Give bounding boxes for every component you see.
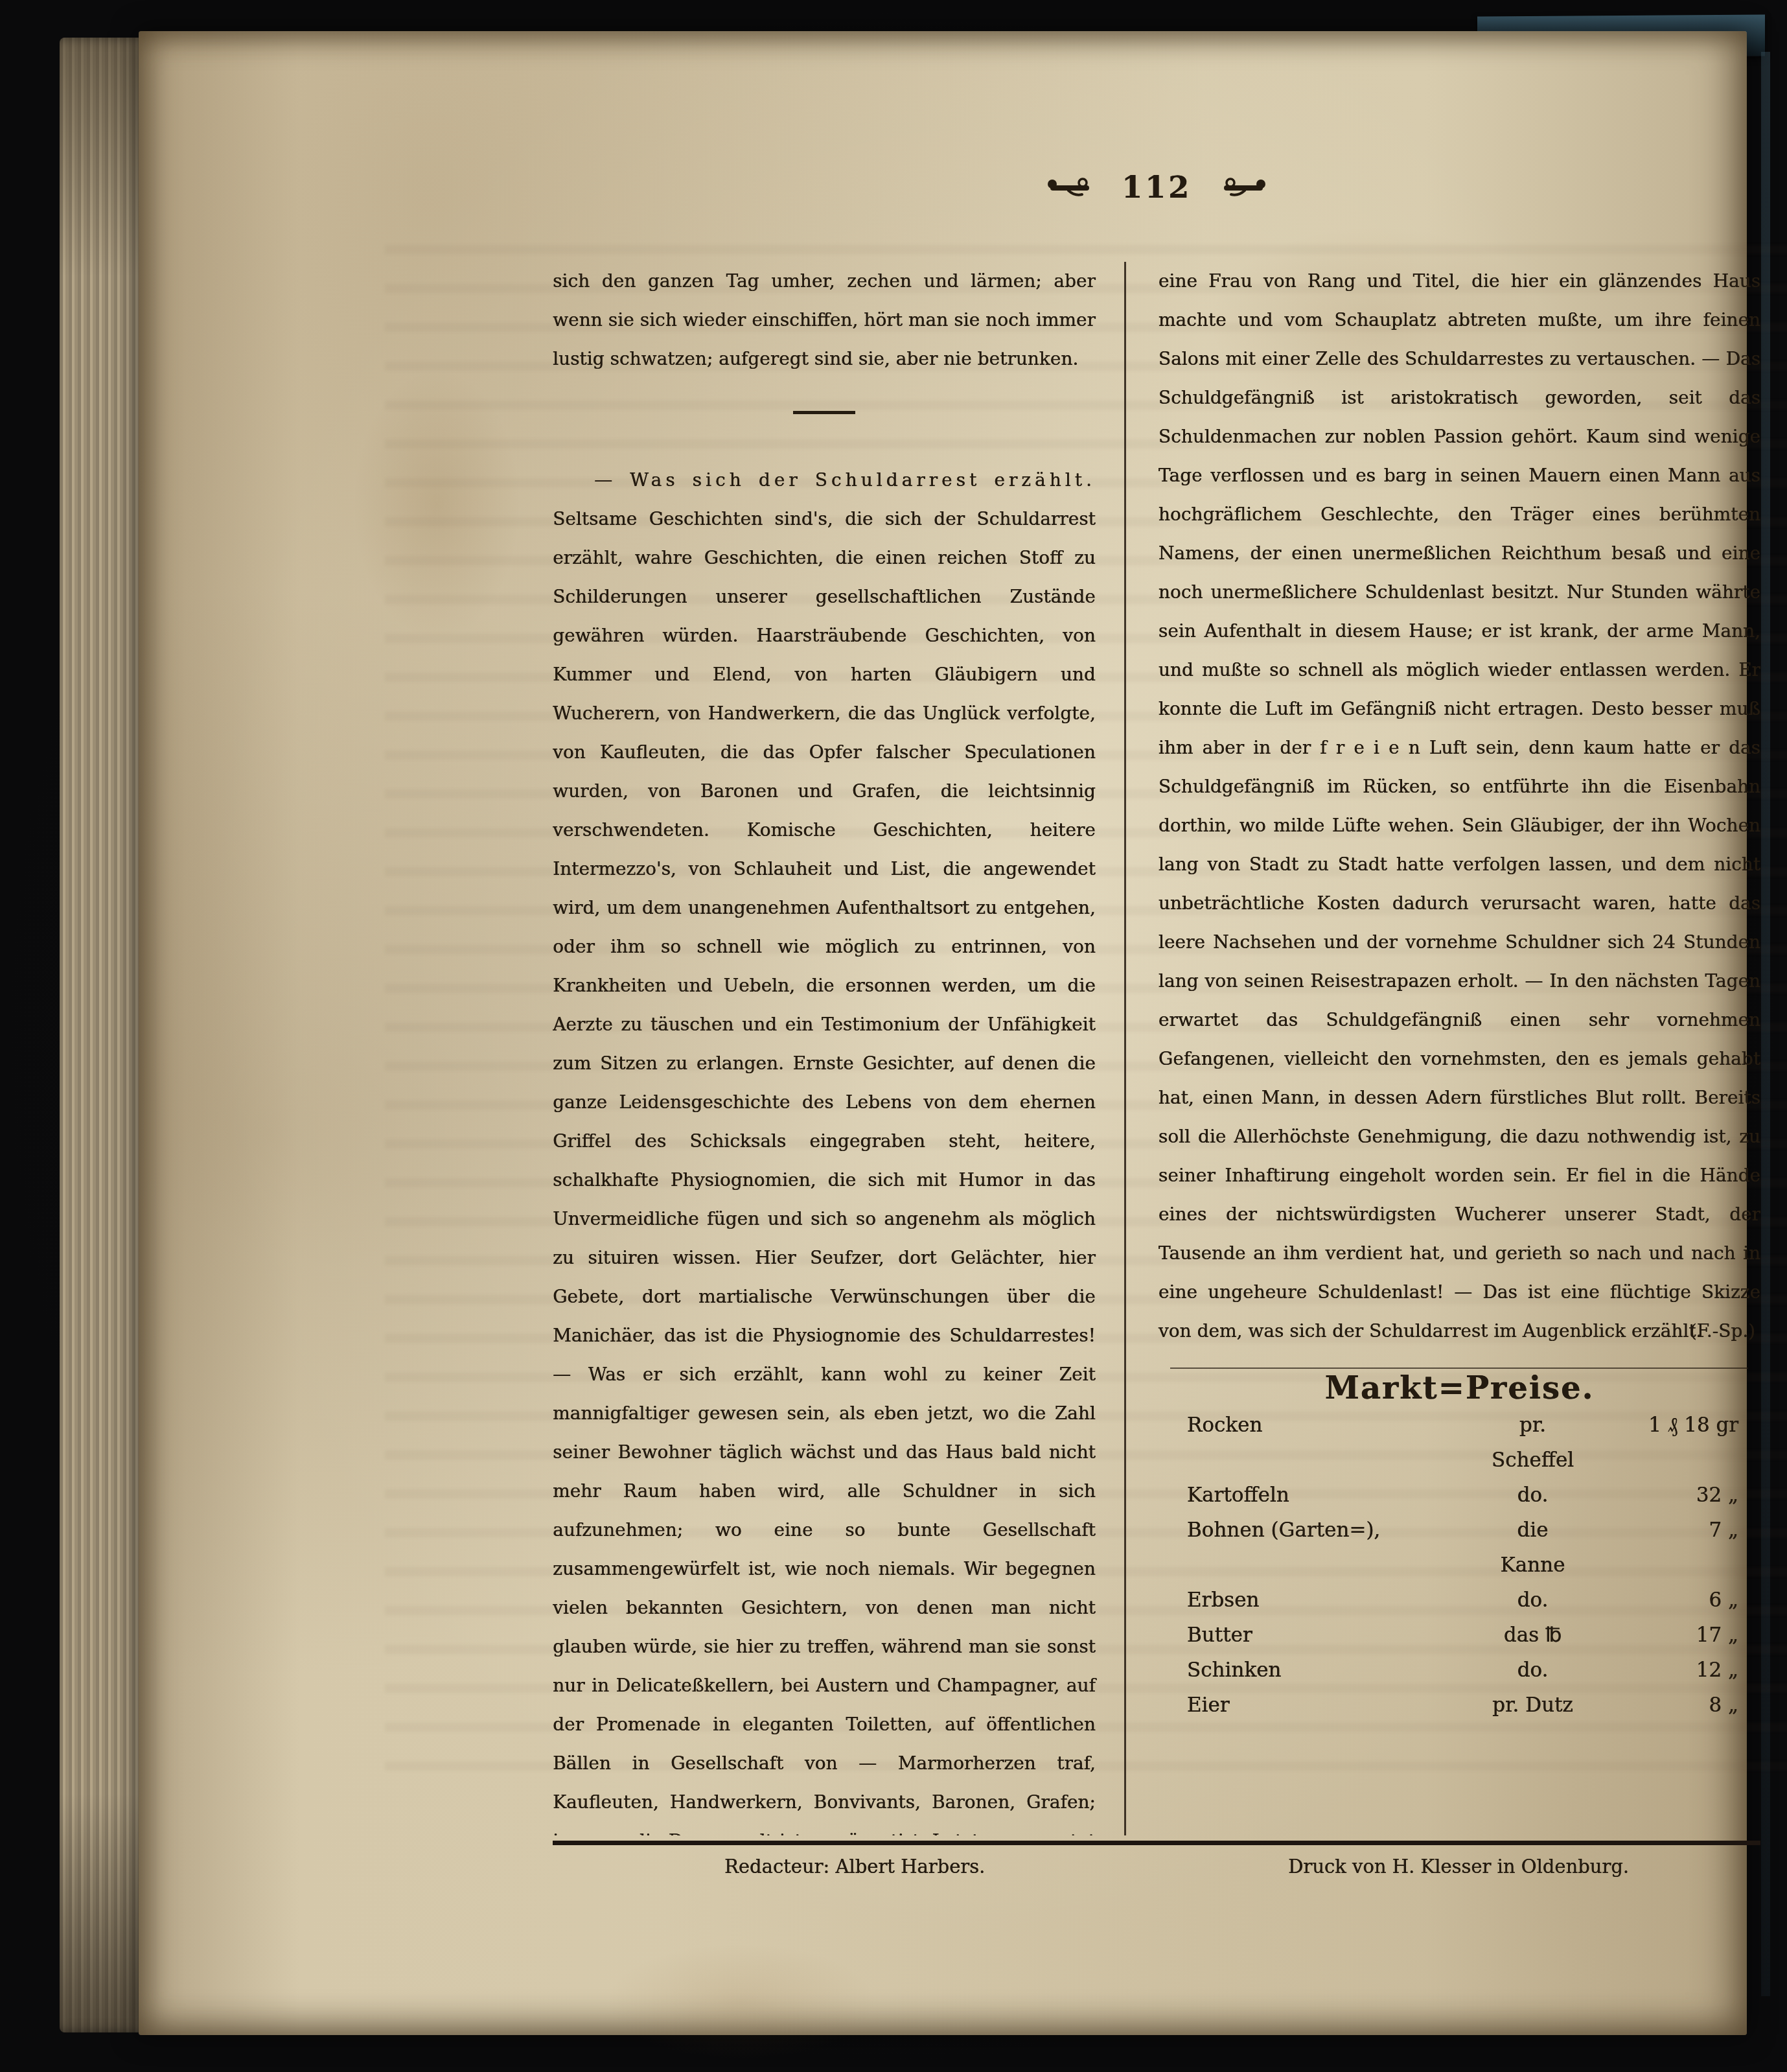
market-price: 17 „ [1574,1618,1742,1653]
market-prices-title: Markt=Preise. [1159,1369,1760,1408]
page-right-edge-shadow [1761,52,1770,1996]
market-price: 7 „ [1574,1513,1742,1583]
article-body-text: Seltsame Geschichten sind's, die sich de… [553,508,1096,1835]
market-item: Kartoffeln [1187,1478,1492,1513]
printed-area: 112 sich den ganzen Tag umher, zechen un… [553,62,1760,2066]
two-column-text-block: sich den ganzen Tag umher, zechen und lä… [553,262,1760,1835]
column-right: eine Frau von Rang und Titel, die hier e… [1124,262,1760,1835]
market-unit: das ℔ [1492,1618,1574,1653]
paper-stain [352,368,521,640]
market-item: Eier [1187,1688,1492,1723]
article-signature: (F.-Sp.) [1690,1312,1755,1351]
page-number: 112 [1122,170,1192,205]
imprint-footer: Redacteur: Albert Harbers. Druck von H. … [553,1841,1760,1878]
page-header: 112 [553,170,1760,205]
market-item: Erbsen [1187,1583,1492,1618]
market-unit: do. [1492,1583,1574,1618]
market-price: 1 ₰ 18 gr [1574,1408,1742,1478]
column-left: sich den ganzen Tag umher, zechen und lä… [553,262,1124,1835]
market-unit: pr. Scheffel [1492,1408,1574,1478]
market-price: 8 „ [1574,1688,1742,1723]
market-item: Bohnen (Garten=), [1187,1513,1492,1583]
footer-printer: Druck von H. Klesser in Oldenburg. [1157,1856,1760,1878]
table-row: Erbsen do. 6 „ [1187,1583,1742,1618]
market-prices-table: Rocken pr. Scheffel 1 ₰ 18 gr Kartoffeln… [1159,1408,1760,1723]
book-scan-photo: 112 sich den ganzen Tag umher, zechen un… [0,0,1787,2072]
table-row: Kartoffeln do. 32 „ [1187,1478,1742,1513]
paragraph-article-end: sich den ganzen Tag umher, zechen und lä… [553,262,1096,378]
market-item: Schinken [1187,1653,1492,1688]
paragraph-continuation: eine Frau von Rang und Titel, die hier e… [1159,262,1760,1351]
market-prices-section: Markt=Preise. Rocken pr. Scheffel 1 ₰ 18… [1159,1368,1760,1723]
market-price: 32 „ [1574,1478,1742,1513]
article-paragraph: — Was sich der Schuldarrest erzählt. Sel… [553,461,1096,1835]
market-unit: die Kanne [1492,1513,1574,1583]
table-row: Butter das ℔ 17 „ [1187,1618,1742,1653]
fleuron-left-icon [1046,178,1094,197]
table-row: Eier pr. Dutz 8 „ [1187,1688,1742,1723]
footer-rule [553,1841,1760,1845]
market-unit: pr. Dutz [1492,1688,1574,1723]
market-unit: do. [1492,1478,1574,1513]
section-divider-rule [793,411,855,414]
fleuron-right-icon [1219,178,1267,197]
footer-editor: Redacteur: Albert Harbers. [553,1856,1157,1878]
market-price: 6 „ [1574,1583,1742,1618]
market-unit: do. [1492,1653,1574,1688]
newspaper-page: 112 sich den ganzen Tag umher, zechen un… [139,31,1747,2035]
market-item: Butter [1187,1618,1492,1653]
market-item: Rocken [1187,1408,1492,1478]
market-price: 12 „ [1574,1653,1742,1688]
article-title: — Was sich der Schuldarrest erzählt. [594,469,1096,491]
table-row: Rocken pr. Scheffel 1 ₰ 18 gr [1187,1408,1742,1478]
footer-row: Redacteur: Albert Harbers. Druck von H. … [553,1856,1760,1878]
article-continuation-wrap: eine Frau von Rang und Titel, die hier e… [1159,262,1760,1351]
article-schuldarrest: — Was sich der Schuldarrest erzählt. Sel… [553,461,1096,1835]
table-row: Bohnen (Garten=), die Kanne 7 „ [1187,1513,1742,1583]
table-row: Schinken do. 12 „ [1187,1653,1742,1688]
